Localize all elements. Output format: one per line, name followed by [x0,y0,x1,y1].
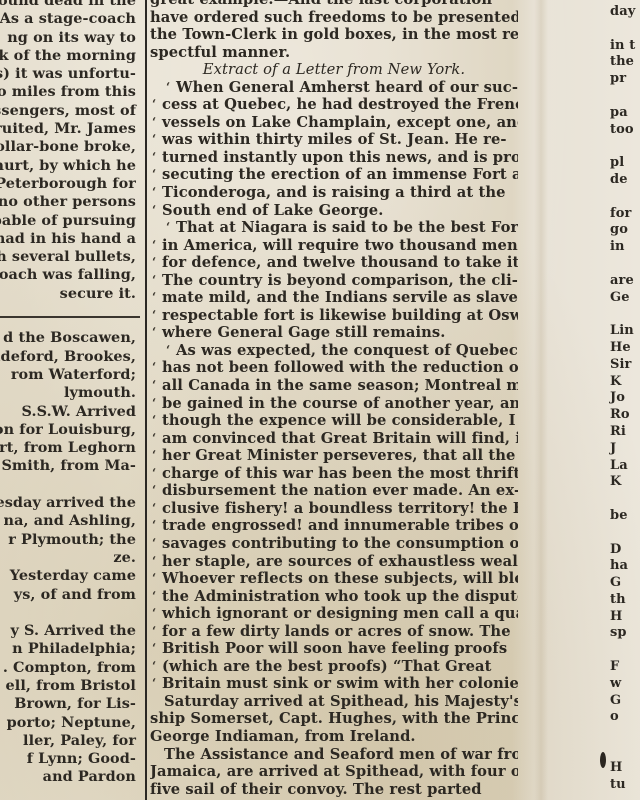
text-line: G [606,693,635,710]
left-column-text: was found dead in theAs a stage-coachng … [0,0,136,787]
text-line: all Canada in the same season; Montreal … [150,377,518,395]
text-line: porto; Neptune, [0,714,136,732]
text-line [606,726,635,743]
text-line: na, and Ashling, [0,512,136,530]
text-line [606,306,635,323]
text-line: ell, from Bristol [0,677,136,695]
text-line: collar-bone broke, [0,138,136,156]
text-line: in America, will require two thousand me… [150,237,518,255]
text-line: the [606,54,635,71]
text-line: have ordered such freedoms to be present… [150,9,518,27]
text-line [606,256,635,273]
text-line: for [606,206,635,223]
text-line: in [606,239,635,256]
text-line: ldeford, Brookes, [0,348,136,366]
text-line: D [606,542,635,559]
text-line: w [606,676,635,693]
text-line: ssengers, most of [0,102,136,120]
text-line: go [606,222,635,239]
text-line: be [606,508,635,525]
text-line: Sir [606,357,635,374]
text-line: British Poor will soon have feeling proo… [150,640,518,658]
text-line: rt, from Leghorn [0,439,136,457]
center-column-text: great example.—And the last corporationh… [150,0,518,798]
text-line [606,525,635,542]
text-line: am convinced that Great Britain will fin… [150,430,518,448]
text-line: disbursement the nation ever made. An ex… [150,482,518,500]
text-line: be gained in the course of another year,… [150,395,518,413]
text-line [606,189,635,206]
text-line: e coach was falling, [0,266,136,284]
text-line: ller, Paley, for [0,732,136,750]
text-line: Ticonderoga, and is raising a third at t… [150,184,518,202]
ink-blot [600,752,606,768]
text-line: nesday arrived the [0,494,136,512]
text-line: vessels on Lake Champlain, except one, a… [150,114,518,132]
text-line: Brown, for Lis- [0,695,136,713]
text-line: ha [606,558,635,575]
text-line: has not been followed with the reduction… [150,359,518,377]
text-line: Ri [606,424,635,441]
text-line [606,491,635,508]
section-heading: W S. [0,311,136,329]
text-line: As a stage-coach [0,10,136,28]
text-line: fruited, Mr. James [0,120,136,138]
text-line: Jo [606,390,635,407]
text-line [606,88,635,105]
text-line: F [606,659,635,676]
text-line: for defence, and twelve thousand to take… [150,254,518,272]
text-line: sp [606,625,635,642]
text-line: As was expected, the conquest of Quebec [150,342,518,360]
section-rule [0,316,140,318]
left-column: was found dead in theAs a stage-coachng … [0,0,142,800]
column-rule [145,0,147,800]
text-line: Lin [606,323,635,340]
text-line: the Town-Clerk in gold boxes, in the mos… [150,26,518,44]
text-line: ng on its way to [0,29,136,47]
text-line: tu [606,777,635,794]
text-line: th [606,592,635,609]
text-line: G [606,575,635,592]
text-line: secure it. [0,285,136,303]
text-line: lymouth. [0,384,136,402]
text-line: ith several bullets, [0,248,136,266]
text-line: o miles from this [0,83,136,101]
text-line: Ro [606,407,635,424]
text-line: the Administration who took up the dispu… [150,588,518,606]
text-line: her staple, are sources of exhaustless w… [150,553,518,571]
text-line [606,743,635,760]
text-line: Peterborough for [0,175,136,193]
text-line: K [606,474,635,491]
text-line: La [606,458,635,475]
text-line: (which are the best proofs) “That Great [150,658,518,676]
text-line: When General Amherst heard of our suc- [150,79,518,97]
text-line: K [606,374,635,391]
text-line: Saturday arrived at Spithead, his Majest… [150,693,518,711]
text-line: great example.—And the last corporation [150,0,518,9]
text-line: rom Waterford; [0,366,136,384]
right-column: day in tthepr patoo plde forgoin areGe L… [592,0,640,800]
text-line: Yesterday came [0,567,136,585]
text-line [606,642,635,659]
text-line: ze. [0,549,136,567]
center-column: great example.—And the last corporationh… [150,0,518,800]
text-line: are [606,273,635,290]
text-line: y S. Arrived the [0,622,136,640]
text-line: hurt, by which he [0,157,136,175]
text-line: trade engrossed! and innumerable tribes … [150,517,518,535]
text-line: The country is beyond comparison, the cl… [150,272,518,290]
text-line: though the expence will be considerable,… [150,412,518,430]
page-fold [534,0,548,800]
text-line: H [606,760,635,777]
text-line: turned instantly upon this news, and is … [150,149,518,167]
text-line: clusive fishery! a boundless territory! … [150,500,518,518]
text-line: H [606,609,635,626]
text-line: o [606,709,635,726]
text-line: n Philadelphia; [0,640,136,658]
text-line: pr [606,71,635,88]
text-line: . Compton, from [0,659,136,677]
text-line: d the Boscawen, [0,329,136,347]
text-line: He [606,340,635,357]
text-line: and Pardon [0,768,136,786]
text-line: in t [606,38,635,55]
text-line: pl [606,155,635,172]
text-line: The Assistance and Seaford men of war fr… [150,746,518,764]
text-line: secuting the erection of an immense Fort… [150,166,518,184]
text-line: cess at Quebec, he had destroyed the Fre… [150,96,518,114]
text-line: pa [606,105,635,122]
text-line: ship Somerset, Capt. Hughes, with the Pr… [150,710,518,728]
text-line: George Indiaman, from Ireland. [150,728,518,746]
text-line: was within thirty miles of St. Jean. He … [150,131,518,149]
text-line: had in his hand a [0,230,136,248]
text-line [606,21,635,38]
text-line: Jamaica, are arrived at Spithead, with f… [150,763,518,781]
text-line: on for Louisburg, [0,421,136,439]
text-line: f Lynn; Good- [0,750,136,768]
text-line: That at Niagara is said to be the best F… [150,219,518,237]
text-line: respectable fort is likewise building at… [150,307,518,325]
text-line: mate mild, and the Indians servile as sl… [150,289,518,307]
text-line: es) it was unfortu- [0,65,136,83]
text-line: South end of Lake George. [150,202,518,220]
article-heading: Extract of a Letter from New York. [150,61,518,79]
text-line: spectful manner. [150,44,518,62]
text-line: Britain must sink or swim with her colon… [150,675,518,693]
text-line: y no other persons [0,193,136,211]
text-line [606,138,635,155]
text-line: Whoever reflects on these subjects, will… [150,570,518,588]
text-line: too [606,122,635,139]
text-line: capable of pursuing [0,212,136,230]
text-line: five sail of their convoy. The rest part… [150,781,518,799]
text-line: de [606,172,635,189]
text-line: ck of the morning [0,47,136,65]
right-column-text: day in tthepr patoo plde forgoin areGe L… [606,4,635,793]
text-line: ys, of and from [0,586,136,604]
text-line: her Great Minister perseveres, that all … [150,447,518,465]
text-line: S.S.W. Arrived [0,403,136,421]
text-line: r Plymouth; the [0,531,136,549]
text-line: was found dead in the [0,0,136,10]
text-line: for a few dirty lands or acres of snow. … [150,623,518,641]
text-line: J [606,441,635,458]
text-line: where General Gage still remains. [150,324,518,342]
text-line: day [606,4,635,21]
text-line: charge of this war has been the most thr… [150,465,518,483]
text-line: Smith, from Ma- [0,457,136,475]
text-line: savages contributing to the consumption … [150,535,518,553]
text-line [0,604,136,622]
text-line: Ge [606,290,635,307]
text-line [0,476,136,494]
text-line: which ignorant or designing men call a q… [150,605,518,623]
